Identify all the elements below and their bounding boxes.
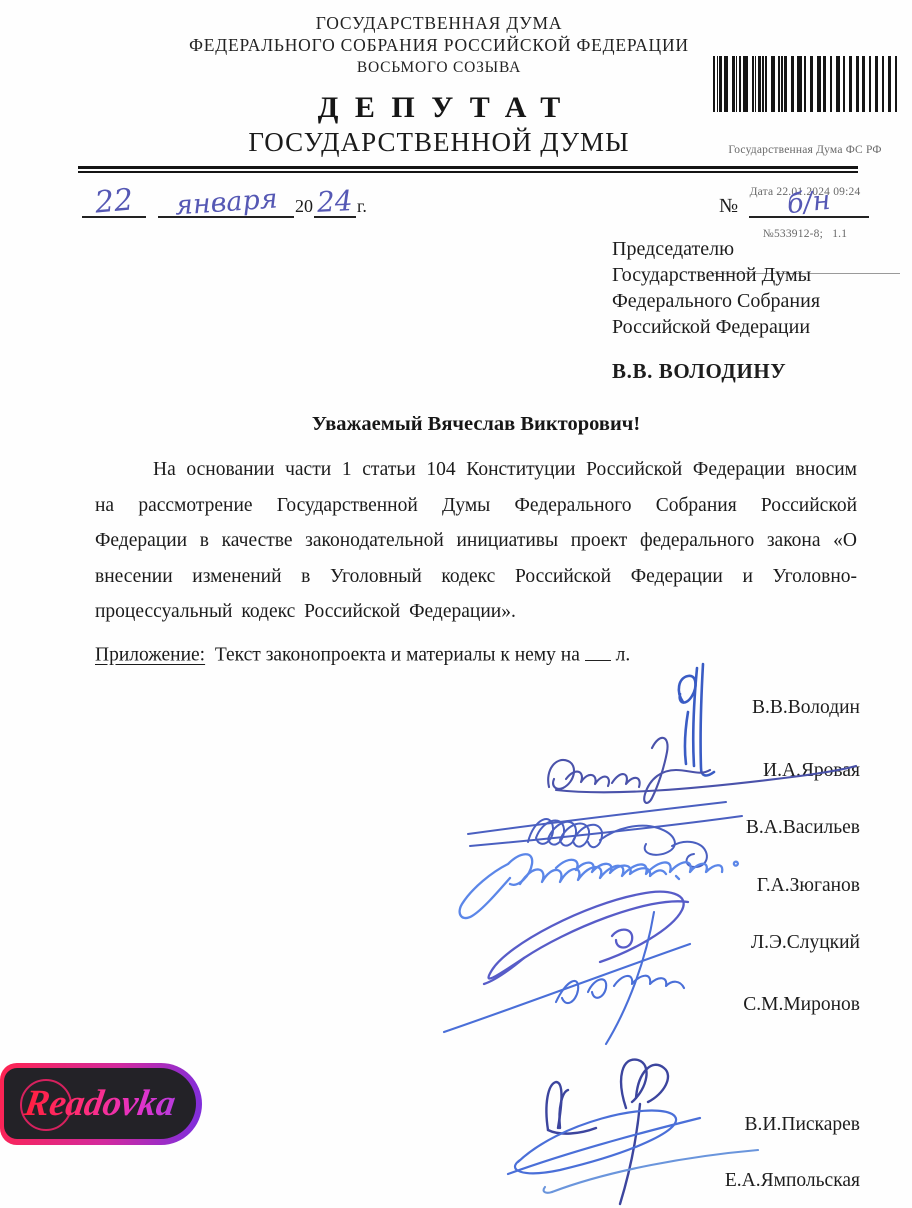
date-year-slot: 24 [314, 190, 356, 218]
date-year-suffix: г. [356, 194, 368, 218]
signatory-zyuganov: Г.А.Зюганов [757, 875, 860, 897]
signature-mironov-ink [444, 912, 690, 1044]
salutation: Уважаемый Вячеслав Викторович! [95, 413, 857, 436]
signature-zyuganov-ink [460, 854, 738, 918]
addressee-line: Российской Федерации [612, 314, 820, 340]
attachment-line: Приложение: Текст законопроекта и матери… [95, 640, 630, 667]
readovka-logo: Readovka [0, 1063, 202, 1145]
number-sign: № [718, 194, 739, 218]
signatory-yampolskaya: Е.А.Ямпольская [725, 1170, 860, 1192]
addressee-block: Председателю Государственной Думы Федера… [612, 236, 820, 384]
signatory-mironov: С.М.Миронов [743, 994, 860, 1016]
attachment-suffix: л. [616, 645, 631, 666]
signature-slutsky-ink [484, 892, 688, 984]
number-slot: б/н [749, 190, 869, 218]
addressee-line: Председателю [612, 236, 820, 262]
handwritten-year: 24 [317, 189, 354, 215]
handwritten-number: б/н [786, 188, 832, 217]
barcode-image [713, 56, 897, 112]
attachment-label: Приложение: [95, 645, 205, 666]
letterhead-org-line2: ФЕДЕРАЛЬНОГО СОБРАНИЯ РОССИЙСКОЙ ФЕДЕРАЦ… [0, 34, 878, 56]
signatory-volodin: В.В.Володин [752, 697, 860, 719]
date-day-slot: 22 [82, 189, 146, 218]
scanned-letter-page: ГОСУДАРСТВЕННАЯ ДУМА ФЕДЕРАЛЬНОГО СОБРАН… [0, 0, 912, 1208]
stamp-org: Государственная Дума ФС РФ [710, 143, 900, 157]
body-paragraph: На основании части 1 статьи 104 Конститу… [95, 452, 857, 630]
addressee-line: Государственной Думы [612, 262, 820, 288]
signature-volodin-ink [679, 664, 714, 775]
date-line: 22 января 20 24 г. [82, 178, 368, 218]
date-month-slot: января [158, 190, 294, 218]
handwritten-month: января [174, 186, 278, 219]
attachment-text: Текст законопроекта и материалы к нему н… [215, 645, 580, 666]
signatory-yarovaya: И.А.Яровая [763, 760, 860, 782]
addressee-line: Федерального Собрания [612, 288, 820, 314]
reference-number-line: № б/н [718, 182, 869, 218]
signature-piskarev-ink [508, 1060, 700, 1204]
readovka-brand-text: Readovka [22, 1082, 179, 1125]
handwritten-day: 22 [94, 187, 134, 216]
date-century-print: 20 [294, 194, 314, 218]
signatory-piskarev: В.И.Пискарев [745, 1114, 860, 1136]
attachment-blank-slot [585, 640, 611, 661]
letterhead-org-line1: ГОСУДАРСТВЕННАЯ ДУМА [0, 12, 878, 34]
addressee-name: В.В. ВОЛОДИНУ [612, 358, 820, 384]
letterhead-divider-rule [78, 166, 858, 173]
readovka-logo-inner: Readovka [4, 1068, 196, 1139]
signature-vasilyev-ink [468, 802, 742, 867]
signatory-vasilyev: В.А.Васильев [746, 817, 860, 839]
signatory-slutsky: Л.Э.Слуцкий [751, 932, 860, 954]
